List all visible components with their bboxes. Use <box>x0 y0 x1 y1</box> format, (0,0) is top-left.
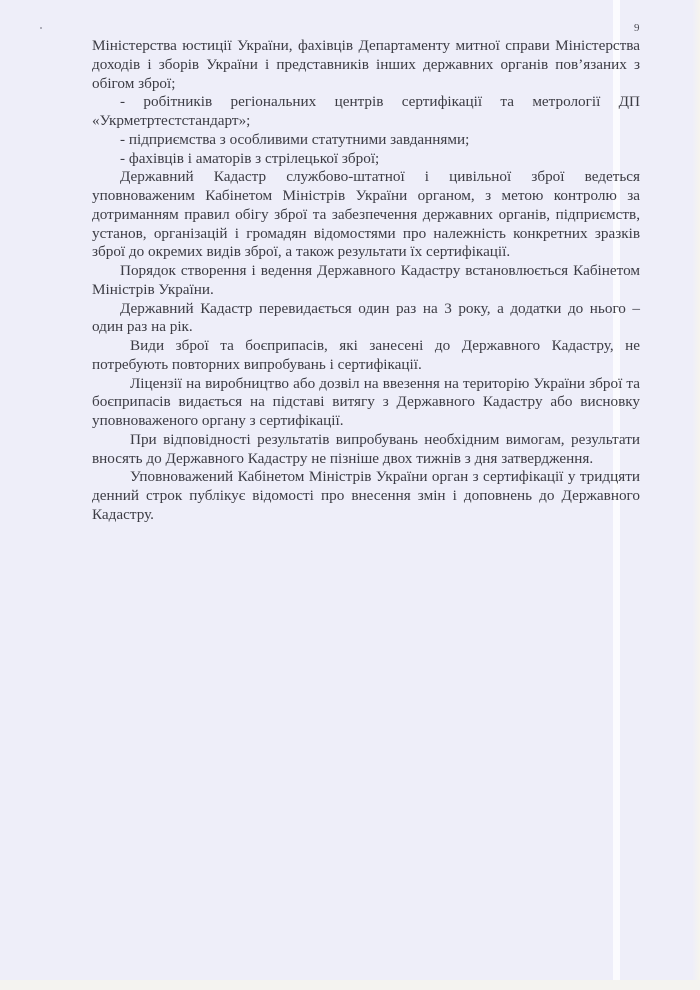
list-item-metrology: - робітників регіональних центрів сертиф… <box>92 93 640 131</box>
paragraph-no-retesting: Види зброї та боєприпасів, які занесені … <box>92 337 640 375</box>
paragraph-procedure: Порядок створення і ведення Державного К… <box>92 262 640 300</box>
document-page: 9 Міністерства юстиції України, фахівців… <box>0 0 700 990</box>
document-body: Міністерства юстиції України, фахівців Д… <box>92 37 640 525</box>
paragraph-licenses: Ліцензії на виробництво або дозвіл на вв… <box>92 375 640 431</box>
page-number: 9 <box>634 22 640 34</box>
paragraph-continuation: Міністерства юстиції України, фахівців Д… <box>92 37 640 93</box>
scan-edge-right <box>692 0 700 990</box>
paragraph-publication: Уповноважений Кабінетом Міністрів Україн… <box>92 468 640 524</box>
paragraph-test-results: При відповідності результатів випробуван… <box>92 431 640 469</box>
paragraph-cadastre-maintenance: Державний Кадастр службово-штатної і цив… <box>92 168 640 262</box>
scan-edge-bottom <box>0 980 700 990</box>
list-item-enterprises: - підприємства з особливими статутними з… <box>92 131 640 150</box>
list-item-specialists: - фахівців і аматорів з стрілецької збро… <box>92 150 640 169</box>
paragraph-republication: Державний Кадастр перевидається один раз… <box>92 300 640 338</box>
scan-speck <box>40 27 42 29</box>
